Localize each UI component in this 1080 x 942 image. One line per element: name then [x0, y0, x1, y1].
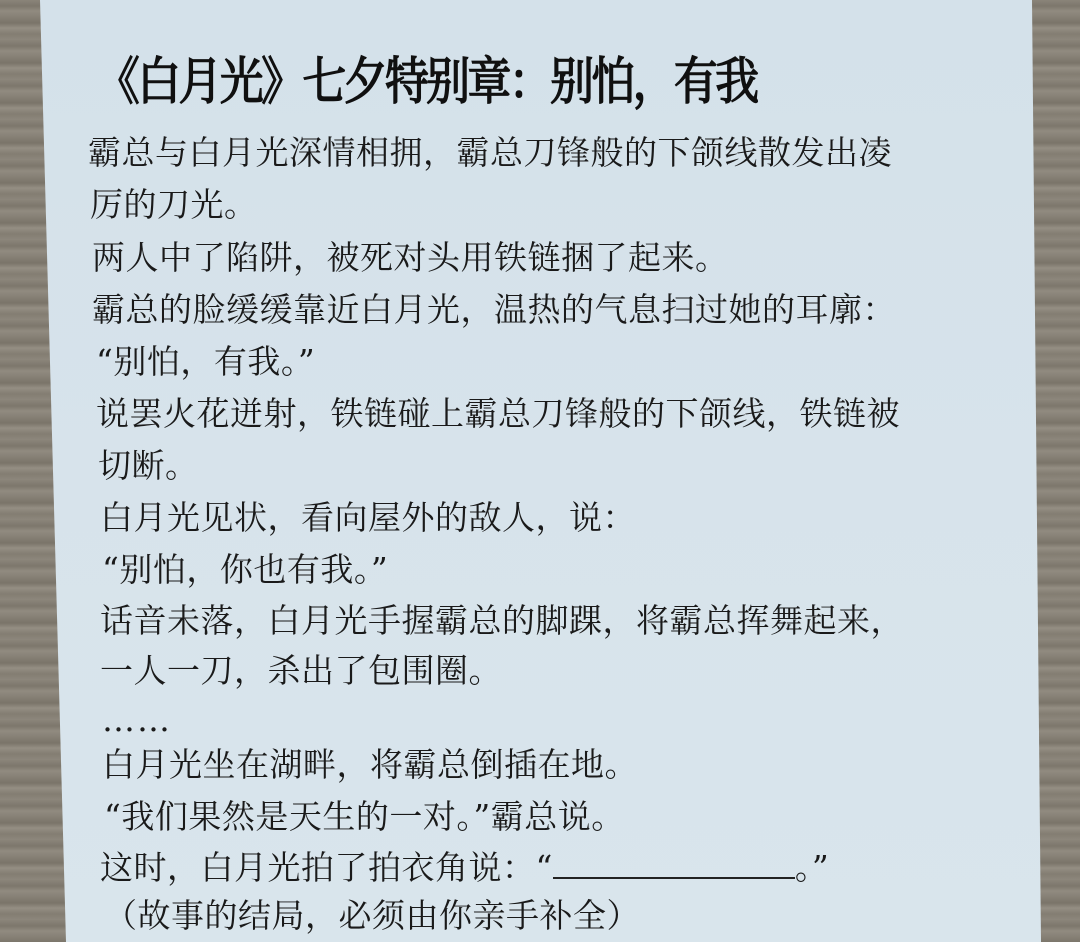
story-quote: “别怕，你也有我。” [102, 550, 388, 590]
story-line: 说罢火花迸射，铁链碰上霸总刀锋般的下颌线，铁链被 [96, 394, 900, 434]
story-line: 切断。 [98, 446, 199, 486]
story-line: 一人一刀，杀出了包围圈。 [100, 651, 502, 691]
fill-in-blank[interactable] [553, 853, 795, 879]
footer-note: （故事的结局，必须由你亲手补全） [104, 896, 640, 936]
story-line: 白月光坐在湖畔，将霸总倒插在地。 [102, 745, 638, 785]
document-content: 《白月光》七夕特别章：别怕，有我 霸总与白月光深情相拥，霸总刀锋般的下颌线散发出… [0, 0, 1080, 942]
story-line: 白月光见状，看向屋外的敌人，说： [100, 498, 636, 538]
story-line: 厉的刀光。 [90, 185, 258, 225]
story-line: 两人中了陷阱，被死对头用铁链捆了起来。 [92, 238, 729, 278]
story-quote: “我们果然是天生的一对。”霸总说。 [104, 797, 625, 837]
story-line: 霸总与白月光深情相拥，霸总刀锋般的下颌线散发出凌 [88, 133, 892, 173]
story-line: 话音未落，白月光手握霸总的脚踝，将霸总挥舞起来， [100, 601, 904, 641]
fill-in-prefix: 这时，白月光拍了拍衣角说：“ [100, 848, 553, 887]
story-line: 霸总的脸缓缓靠近白月光，温热的气息扫过她的耳廓： [92, 290, 896, 330]
fill-in-line: 这时，白月光拍了拍衣角说：“。” [100, 848, 829, 888]
chapter-title: 《白月光》七夕特别章：别怕，有我 [96, 40, 756, 114]
fill-in-suffix: 。” [795, 848, 829, 887]
story-quote: “别怕，有我。” [96, 342, 315, 382]
ellipsis-separator: …… [102, 700, 172, 740]
